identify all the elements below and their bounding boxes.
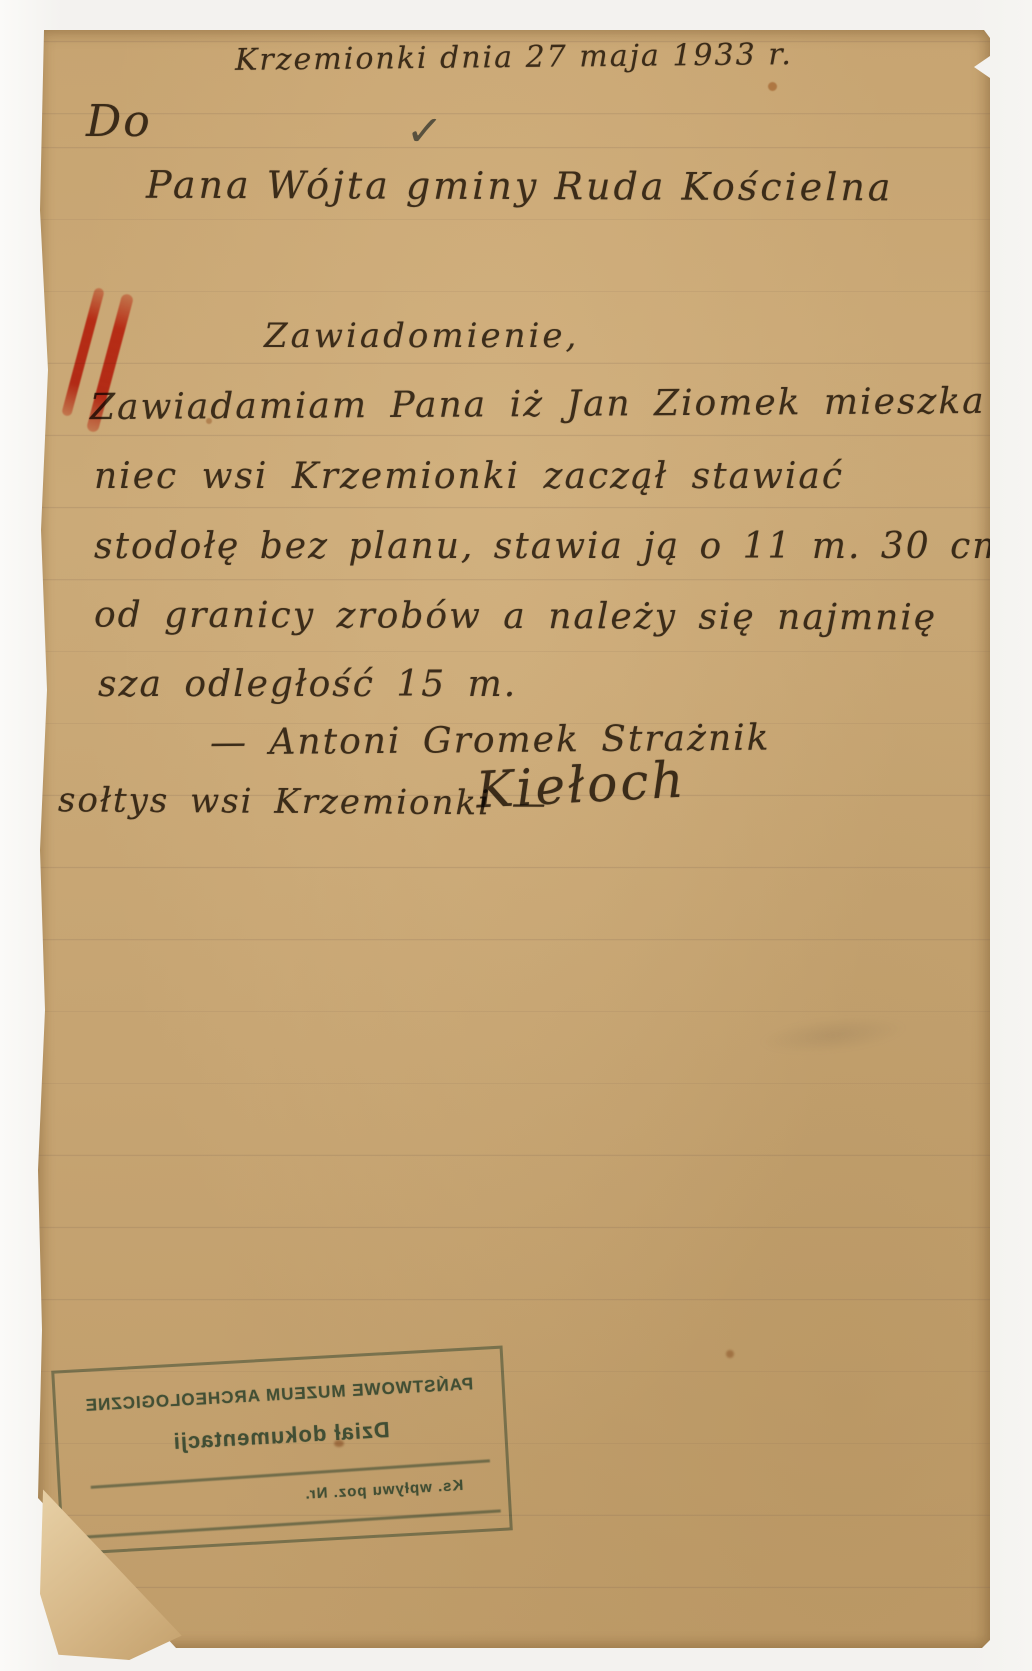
- paper-stain: [768, 82, 777, 91]
- letter-paper: Krzemionki dnia 27 maja 1933 r. Do ✓ Pan…: [38, 30, 990, 1648]
- scanned-letter-page: Krzemionki dnia 27 maja 1933 r. Do ✓ Pan…: [0, 0, 1032, 1671]
- body-line-2: niec wsi Krzemionki zaczął stawiać: [94, 456, 844, 497]
- stamp-register-line: Ks. wpływu poz. Nr.: [304, 1477, 464, 1503]
- salutation-do: Do: [86, 96, 152, 147]
- check-mark-icon: ✓: [404, 105, 444, 158]
- signature-line-2: sołtys wsi Krzemionki —: [58, 780, 548, 823]
- signature-line-1: — Antoni Gromek Strażnik: [210, 718, 771, 764]
- faint-smudge: [757, 1010, 910, 1059]
- body-line-1: Zawiadamiam Pana iż Jan Ziomek mieszka: [90, 381, 986, 428]
- body-line-5: sza odległość 15 m.: [98, 664, 517, 705]
- museum-stamp-mirrored-content: PAŃSTWOWE MUZEUM ARCHEOLOGICZNE Dział do…: [51, 1346, 513, 1556]
- paper-stain: [726, 1350, 734, 1358]
- stamp-rule-line: [81, 1509, 500, 1538]
- stamp-institution-line: PAŃSTWOWE MUZEUM ARCHEOLOGICZNE: [56, 1373, 502, 1418]
- notification-title: Zawiadomienie,: [264, 316, 579, 356]
- body-line-3: stodołę bez planu, stawia ją o 11 m. 30 …: [94, 526, 1022, 567]
- addressee-line: Pana Wójta gminy Ruda Kościelna: [146, 163, 894, 210]
- museum-stamp: PAŃSTWOWE MUZEUM ARCHEOLOGICZNE Dział do…: [51, 1346, 513, 1556]
- body-line-4: od granicy zrobów a należy się najmnię: [94, 595, 937, 639]
- stamp-department-line: Dział dokumentacji: [58, 1411, 505, 1462]
- signature-name: Kiełoch: [475, 751, 688, 820]
- date-line: Krzemionki dnia 27 maja 1933 r.: [235, 37, 793, 78]
